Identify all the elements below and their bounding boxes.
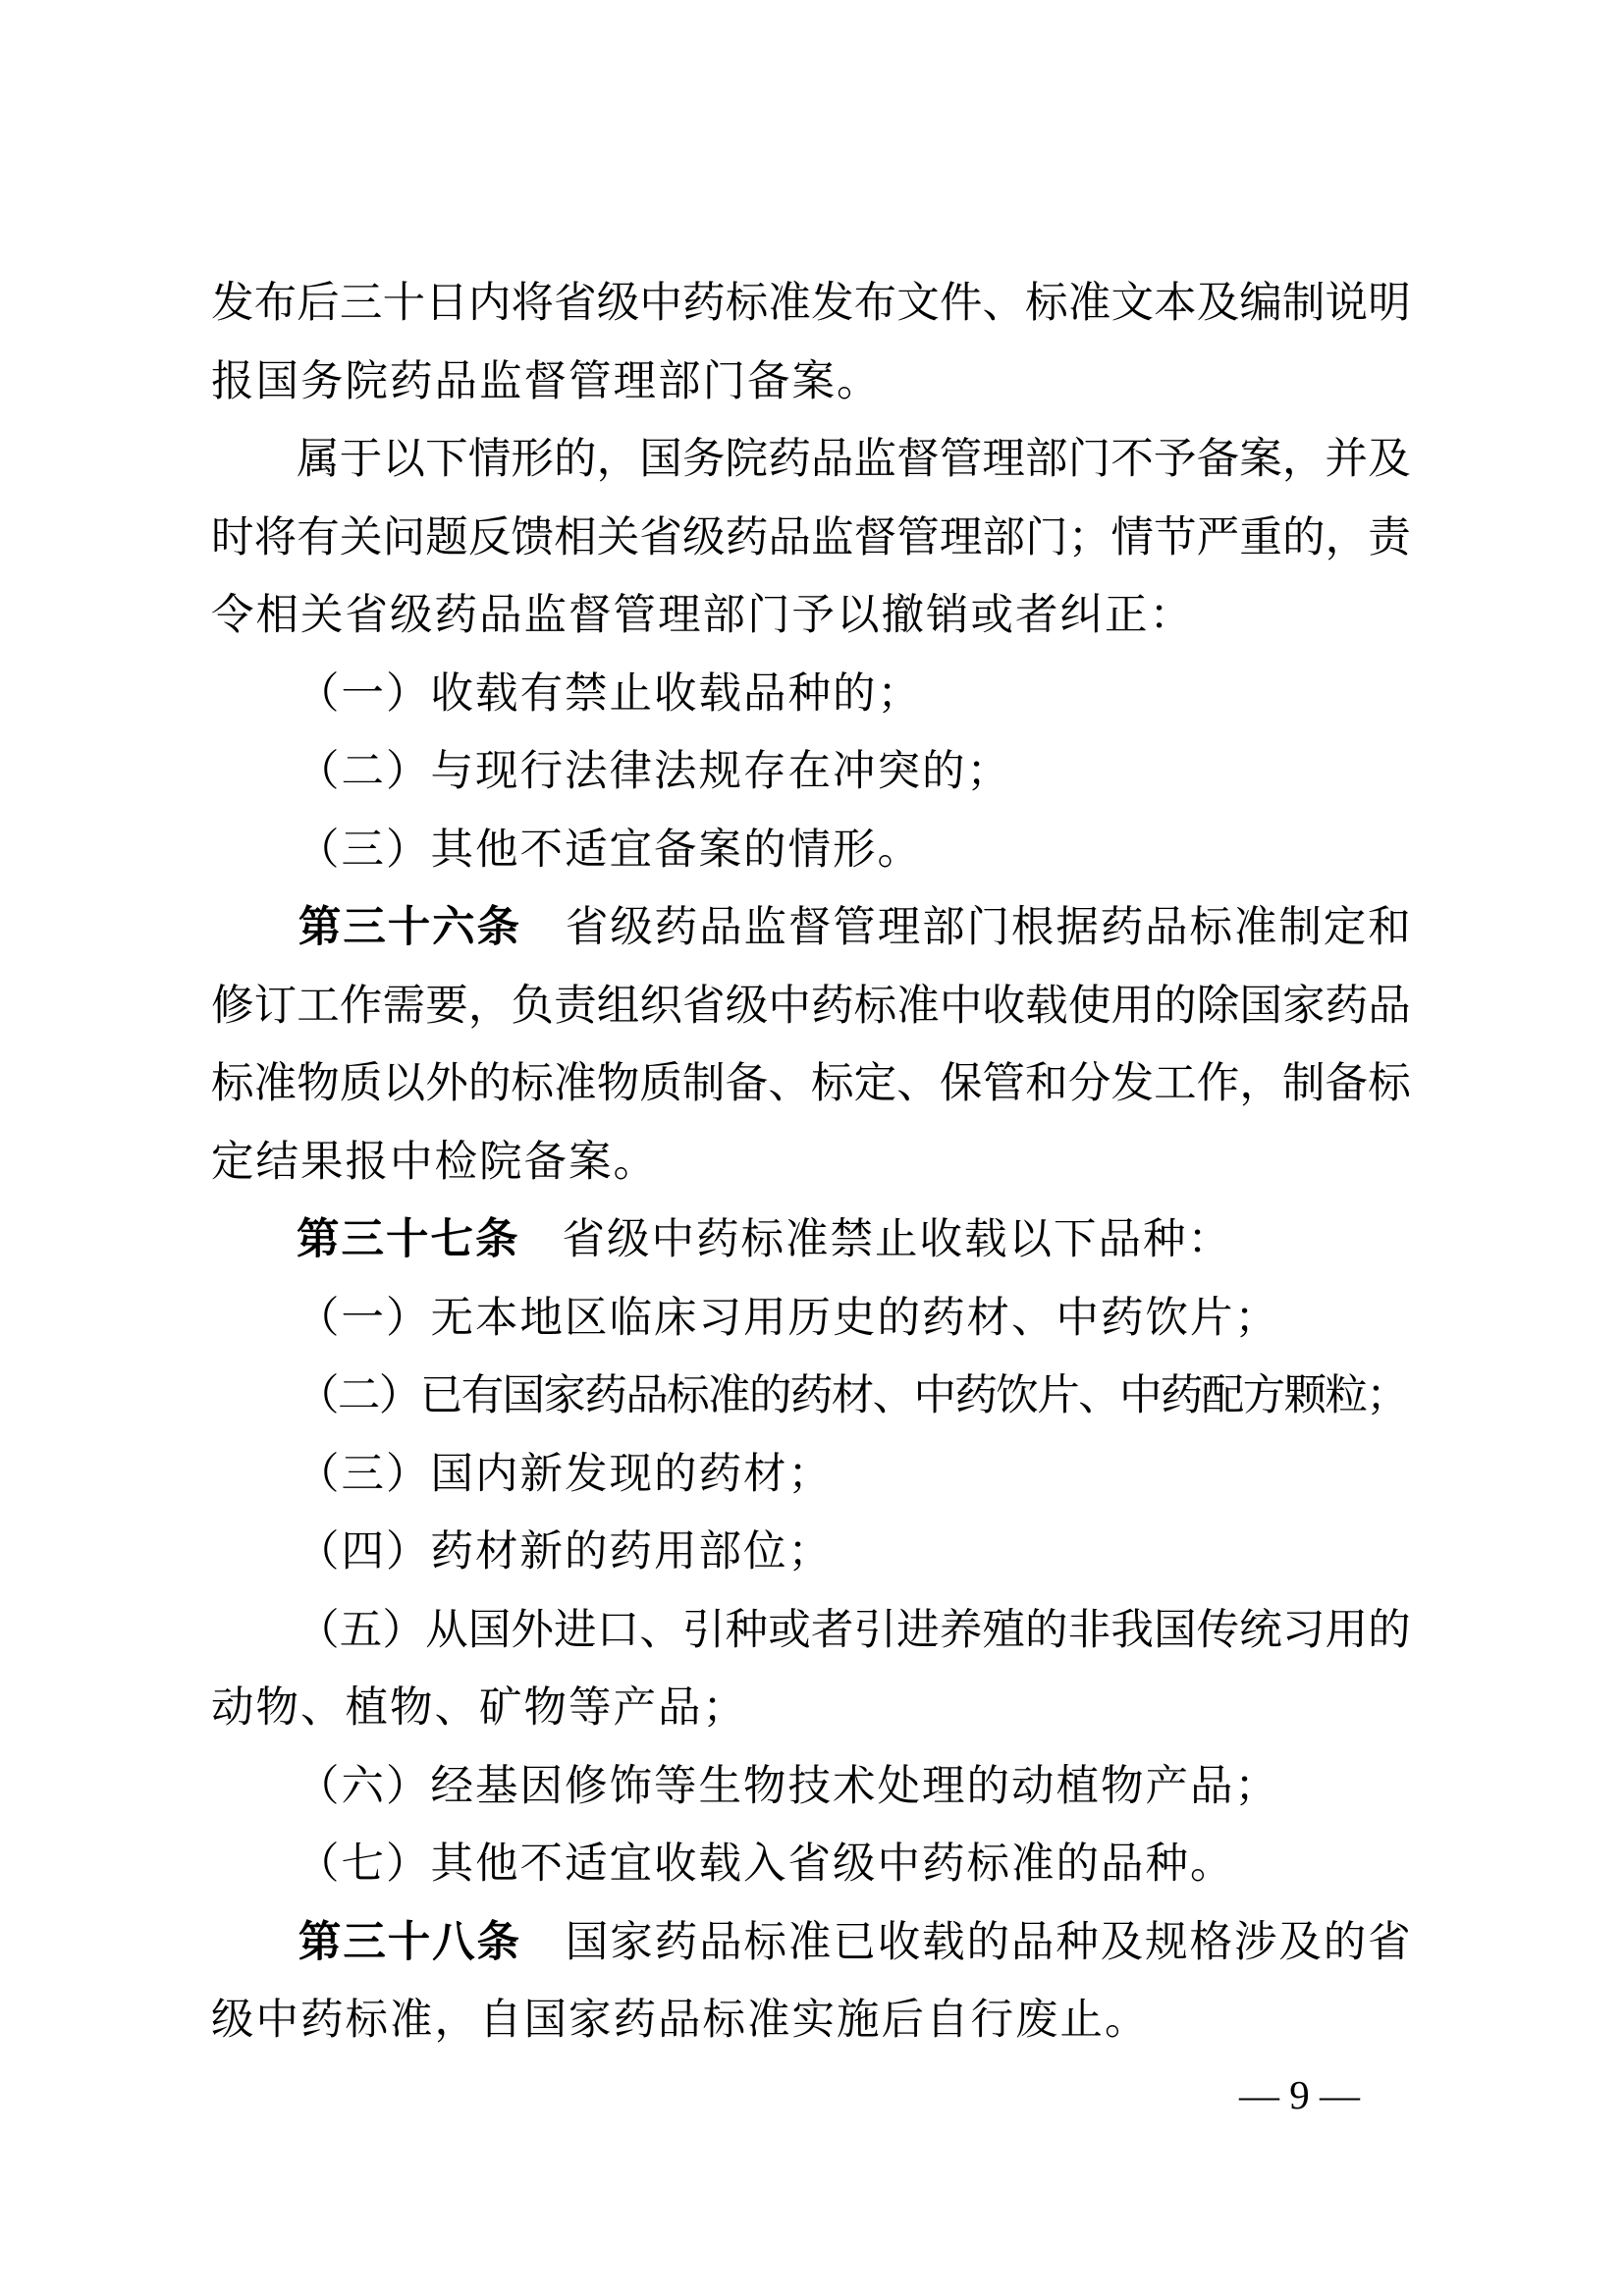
text-line: 时将有关问题反馈相关省级药品监督管理部门；情节严重的，责 [211,500,1411,578]
text-line: 定结果报中检院备案。 [211,1124,1411,1202]
text-line: （二）与现行法律法规存在冲突的； [211,733,1411,812]
text-run: （四）药材新的药用部位； [297,1514,833,1592]
text-line: 标准物质以外的标准物质制备、标定、保管和分发工作，制备标 [211,1045,1411,1124]
text-line: （六）经基因修饰等生物技术处理的动植物产品； [211,1748,1411,1827]
text-run: （六）经基因修饰等生物技术处理的动植物产品； [297,1748,1279,1827]
text-run: （二）已有国家药品标准的药材、中药饮片、中药配方颗粒； [297,1358,1407,1436]
text-line: 令相关省级药品监督管理部门予以撤销或者纠正： [211,577,1411,656]
text-run: 定结果报中检院备案。 [211,1124,658,1202]
text-line: 修订工作需要，负责组织省级中药标准中收载使用的除国家药品 [211,968,1411,1046]
article-heading: 第三十七条 [297,1201,520,1280]
text-line: 报国务院药品监督管理部门备案。 [211,344,1411,422]
text-line: （二）已有国家药品标准的药材、中药饮片、中药配方颗粒； [211,1358,1411,1436]
text-line: 第三十八条国家药品标准已收载的品种及规格涉及的省 [211,1904,1411,1983]
text-line: （四）药材新的药用部位； [211,1514,1411,1592]
text-run: 报国务院药品监督管理部门备案。 [211,344,882,422]
text-run: 令相关省级药品监督管理部门予以撤销或者纠正： [211,577,1194,656]
text-line: （三）其他不适宜备案的情形。 [211,812,1411,890]
text-line: （三）国内新发现的药材； [211,1436,1411,1515]
text-line: 级中药标准，自国家药品标准实施后自行废止。 [211,1982,1411,2060]
text-run: （三）国内新发现的药材； [297,1436,833,1515]
text-run: （三）其他不适宜备案的情形。 [297,812,922,890]
text-run: （一）收载有禁止收载品种的； [297,656,922,734]
text-line: 动物、植物、矿物等产品； [211,1670,1411,1748]
text-run: （七）其他不适宜收载入省级中药标准的品种。 [297,1826,1235,1904]
text-run: 动物、植物、矿物等产品； [211,1670,747,1748]
text-line: 第三十六条省级药品监督管理部门根据药品标准制定和 [211,889,1411,968]
text-run: （一）无本地区临床习用历史的药材、中药饮片； [297,1280,1279,1359]
text-line: （一）无本地区临床习用历史的药材、中药饮片； [211,1280,1411,1359]
text-line: 属于以下情形的，国务院药品监督管理部门不予备案，并及 [211,421,1411,500]
text-run: （二）与现行法律法规存在冲突的； [297,733,1011,812]
text-line: （七）其他不适宜收载入省级中药标准的品种。 [211,1826,1411,1904]
text-line: （五）从国外进口、引种或者引进养殖的非我国传统习用的 [211,1592,1411,1671]
text-line: 第三十七条省级中药标准禁止收载以下品种： [211,1201,1411,1280]
text-run: 级中药标准，自国家药品标准实施后自行废止。 [211,1982,1150,2060]
document-page: 发布后三十日内将省级中药标准发布文件、标准文本及编制说明报国务院药品监督管理部门… [0,0,1624,2296]
text-line: （一）收载有禁止收载品种的； [211,656,1411,734]
text-run: 省级中药标准禁止收载以下品种： [563,1201,1233,1280]
page-number: — 9 — [1239,2069,1360,2120]
text-line: 发布后三十日内将省级中药标准发布文件、标准文本及编制说明 [211,265,1411,344]
text-block: 发布后三十日内将省级中药标准发布文件、标准文本及编制说明报国务院药品监督管理部门… [211,265,1411,2060]
